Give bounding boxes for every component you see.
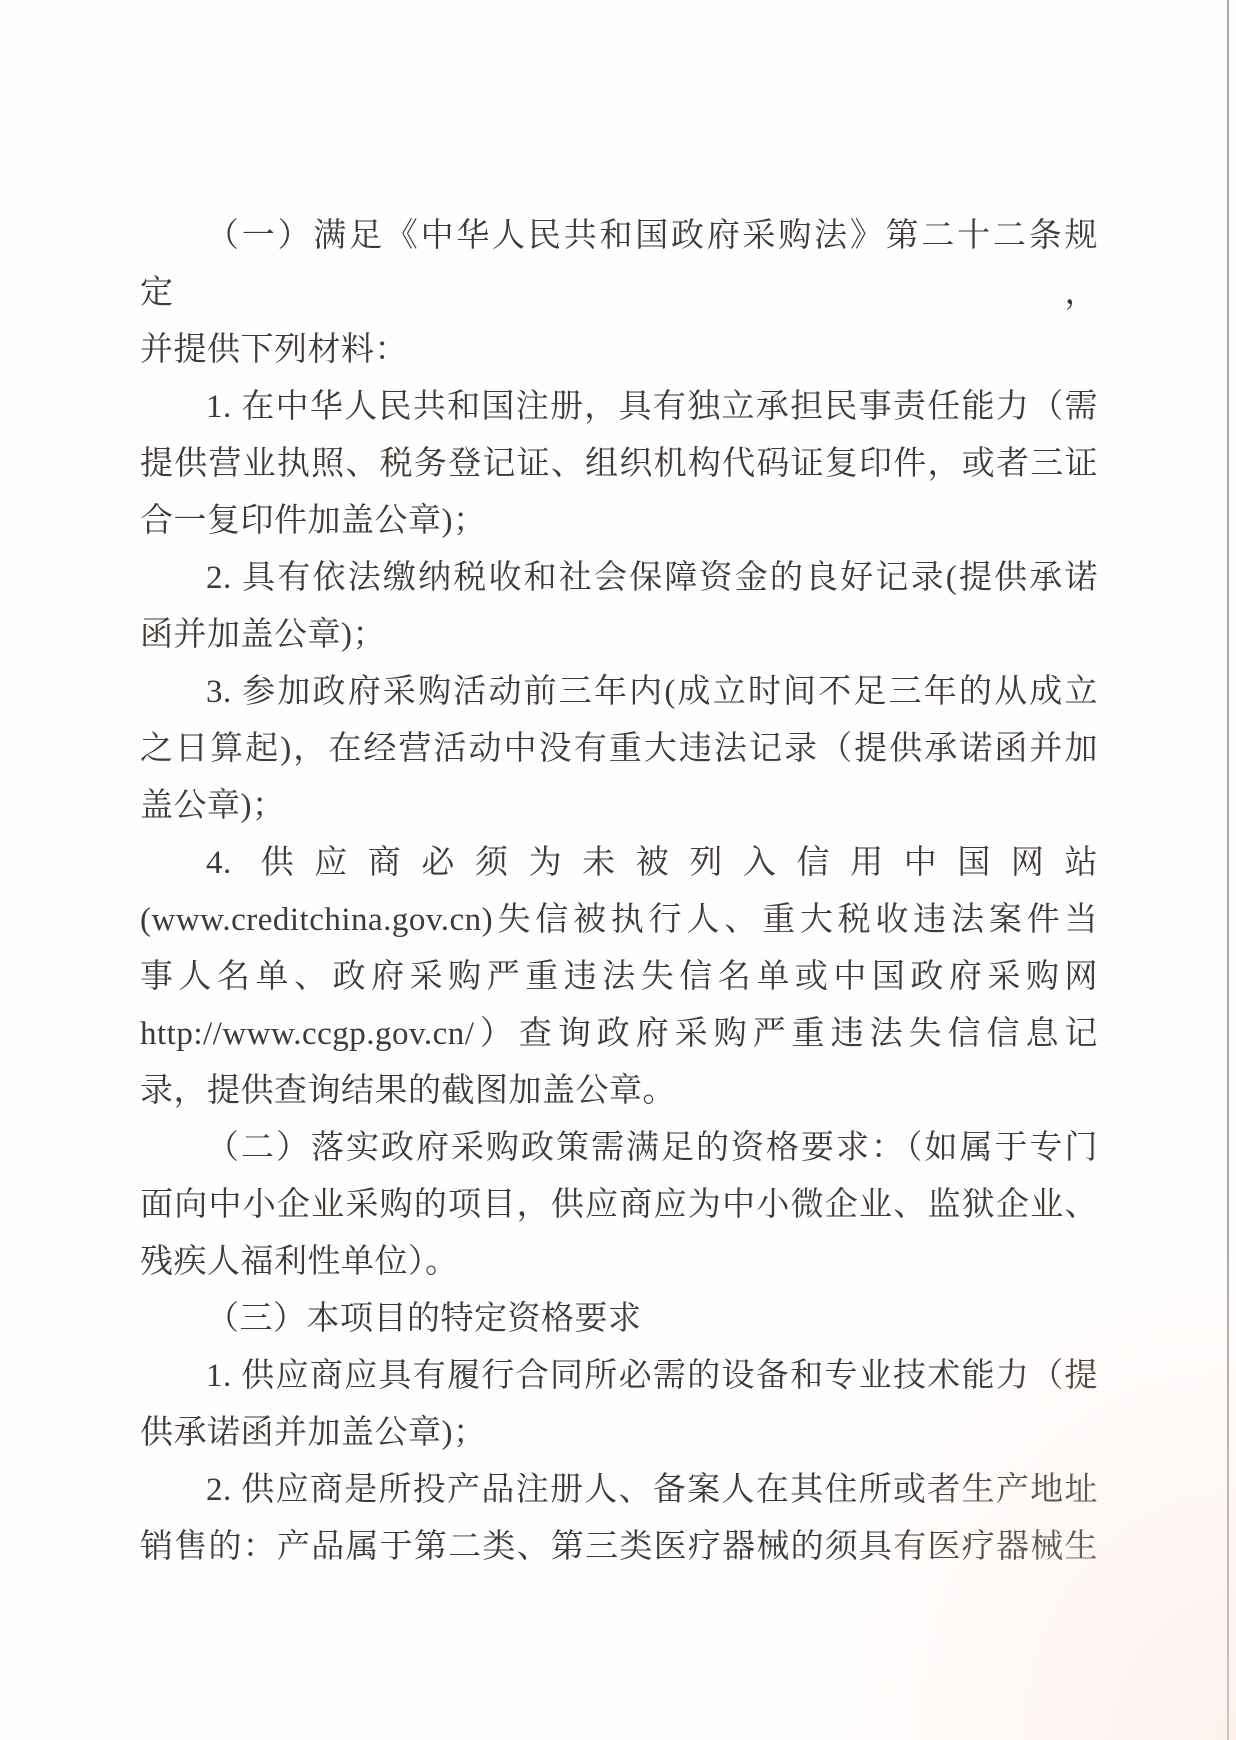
text-line: 4. 供应商必须为未被列入信用中国网站 (140, 835, 1098, 892)
text-line: 销售的：产品属于第二类、第三类医疗器械的须具有医疗器械生 (140, 1519, 1098, 1576)
paragraph: 2. 供应商是所投产品注册人、备案人在其住所或者生产地址 销售的：产品属于第二类… (140, 1462, 1098, 1576)
text-line: 1. 在中华人民共和国注册，具有独立承担民事责任能力（需 (140, 379, 1098, 436)
text-line: （二）落实政府采购政策需满足的资格要求：（如属于专门 (140, 1120, 1098, 1177)
text-line: 录，提供查询结果的截图加盖公章。 (140, 1063, 1098, 1120)
text-line: （三）本项目的特定资格要求 (140, 1291, 1098, 1348)
text-line: 2. 供应商是所投产品注册人、备案人在其住所或者生产地址 (140, 1462, 1098, 1519)
text-line: 残疾人福利性单位）。 (140, 1234, 1098, 1291)
paragraph: 4. 供应商必须为未被列入信用中国网站 (www.creditchina.gov… (140, 835, 1098, 1120)
text-line: 函并加盖公章)； (140, 607, 1098, 664)
document-page: （一）满足《中华人民共和国政府采购法》第二十二条规定， 并提供下列材料： 1. … (0, 0, 1236, 1740)
text-line: 合一复印件加盖公章)； (140, 493, 1098, 550)
text-line: 并提供下列材料： (140, 322, 1098, 379)
paragraph: （三）本项目的特定资格要求 (140, 1291, 1098, 1348)
paragraph: 1. 供应商应具有履行合同所必需的设备和专业技术能力（提 供承诺函并加盖公章)； (140, 1348, 1098, 1462)
text-line: 事人名单、政府采购严重违法失信名单或中国政府采购网 (140, 949, 1098, 1006)
text-line: 提供营业执照、税务登记证、组织机构代码证复印件，或者三证 (140, 436, 1098, 493)
text-line: 1. 供应商应具有履行合同所必需的设备和专业技术能力（提 (140, 1348, 1098, 1405)
paragraph: （二）落实政府采购政策需满足的资格要求：（如属于专门 面向中小企业采购的项目，供… (140, 1120, 1098, 1291)
text-line: 2. 具有依法缴纳税收和社会保障资金的良好记录(提供承诺 (140, 550, 1098, 607)
text-line: 面向中小企业采购的项目，供应商应为中小微企业、监狱企业、 (140, 1177, 1098, 1234)
paragraph: 1. 在中华人民共和国注册，具有独立承担民事责任能力（需 提供营业执照、税务登记… (140, 379, 1098, 550)
paragraph: 2. 具有依法缴纳税收和社会保障资金的良好记录(提供承诺 函并加盖公章)； (140, 550, 1098, 664)
text-line: （一）满足《中华人民共和国政府采购法》第二十二条规定， (140, 208, 1098, 322)
text-line: 盖公章)； (140, 778, 1098, 835)
text-line: 供承诺函并加盖公章)； (140, 1405, 1098, 1462)
page-edge-line (1227, 0, 1229, 1740)
text-line: (www.creditchina.gov.cn)失信被执行人、重大税收违法案件当 (140, 892, 1098, 949)
paragraph: （一）满足《中华人民共和国政府采购法》第二十二条规定， 并提供下列材料： (140, 208, 1098, 379)
text-line: http://www.ccgp.gov.cn/）查询政府采购严重违法失信信息记 (140, 1006, 1098, 1063)
text-line: 之日算起)，在经营活动中没有重大违法记录（提供承诺函并加 (140, 721, 1098, 778)
paragraph: 3. 参加政府采购活动前三年内(成立时间不足三年的从成立 之日算起)，在经营活动… (140, 664, 1098, 835)
document-body: （一）满足《中华人民共和国政府采购法》第二十二条规定， 并提供下列材料： 1. … (140, 208, 1098, 1576)
text-line: 3. 参加政府采购活动前三年内(成立时间不足三年的从成立 (140, 664, 1098, 721)
